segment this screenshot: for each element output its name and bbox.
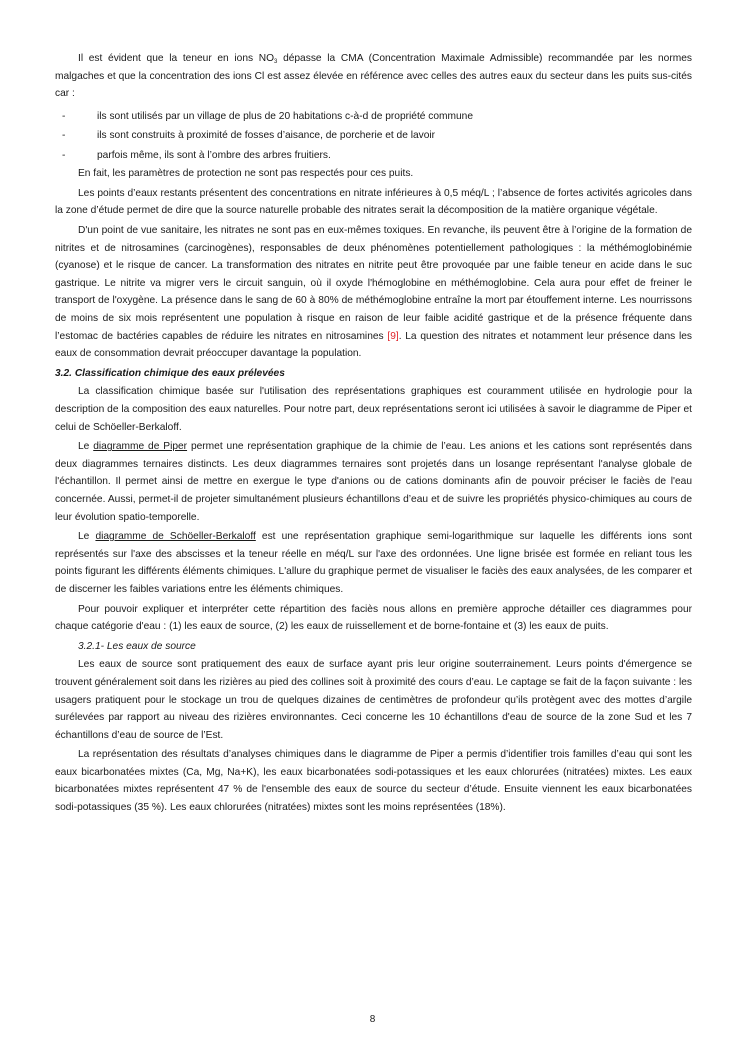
list-item-text: ils sont construits à proximité de fosse… xyxy=(97,130,435,141)
paragraph-sanitary: D'un point de vue sanitaire, les nitrate… xyxy=(55,222,692,363)
paragraph-approach: Pour pouvoir expliquer et interpréter ce… xyxy=(55,601,692,636)
list-item-text: ils sont utilisés par un village de plus… xyxy=(97,111,473,122)
subsection-heading-3-2-1: 3.2.1- Les eaux de source xyxy=(55,638,692,656)
text-run: Le xyxy=(78,531,95,542)
list-item-text: parfois même, ils sont à l’ombre des arb… xyxy=(97,150,331,161)
dash-bullet-icon: - xyxy=(62,146,65,166)
paragraph-schoeller: Le diagramme de Schöeller-Berkaloff est … xyxy=(55,528,692,598)
text-run: Il est évident que la teneur en ions NO xyxy=(78,53,274,64)
page-number: 8 xyxy=(0,1014,745,1025)
dash-bullet-icon: - xyxy=(62,126,65,146)
paragraph-source-waters: Les eaux de source sont pratiquement des… xyxy=(55,656,692,744)
document-page: Il est évident que la teneur en ions NO3… xyxy=(55,50,692,819)
text-run: D'un point de vue sanitaire, les nitrate… xyxy=(55,225,692,342)
bullet-list: -ils sont utilisés par un village de plu… xyxy=(55,107,692,166)
section-heading-3-2: 3.2. Classification chimique des eaux pr… xyxy=(55,365,692,383)
text-run: Le xyxy=(78,441,93,452)
paragraph-no3-cma: Il est évident que la teneur en ions NO3… xyxy=(55,50,692,103)
paragraph-piper: Le diagramme de Piper permet une représe… xyxy=(55,438,692,526)
list-item: -parfois même, ils sont à l’ombre des ar… xyxy=(55,146,692,166)
paragraph-protection: En fait, les paramètres de protection ne… xyxy=(55,165,692,183)
schoeller-diagram-term: diagramme de Schöeller-Berkaloff xyxy=(95,531,255,542)
text-run: permet une représentation graphique de l… xyxy=(55,441,692,522)
paragraph-classification: La classification chimique basée sur l'u… xyxy=(55,383,692,436)
citation-link[interactable]: [9] xyxy=(387,331,398,342)
paragraph-piper-results: La représentation des résultats d’analys… xyxy=(55,746,692,816)
dash-bullet-icon: - xyxy=(62,107,65,127)
list-item: -ils sont construits à proximité de foss… xyxy=(55,126,692,146)
paragraph-remaining-points: Les points d’eaux restants présentent de… xyxy=(55,185,692,220)
piper-diagram-term: diagramme de Piper xyxy=(93,441,187,452)
list-item: -ils sont utilisés par un village de plu… xyxy=(55,107,692,127)
